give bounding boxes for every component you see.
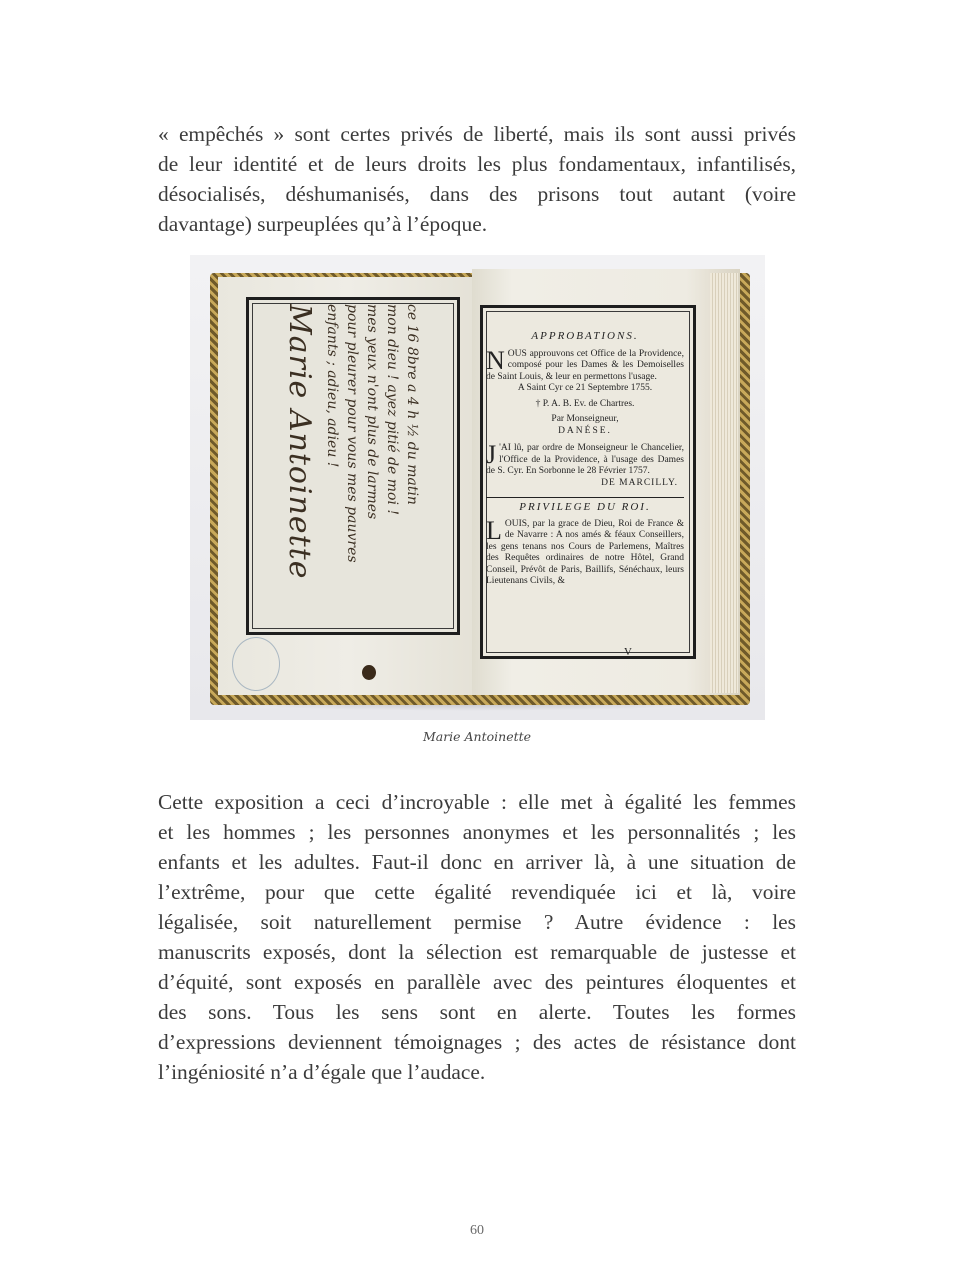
text-line: manuscrits exposés, dont la sélection es… — [158, 937, 796, 967]
page-number: 60 — [0, 1223, 954, 1239]
approbation-1-secretary: DANÉSE. — [486, 426, 684, 438]
handwritten-line: ce 16 8bre a 4 h ½ du matin — [402, 304, 422, 624]
text-line: légalisée, soit naturellement permise ? … — [158, 907, 796, 937]
figure-photo-prayer-book: ce 16 8bre a 4 h ½ du matin mon dieu ! a… — [190, 255, 765, 720]
printed-page-text: APPROBATIONS. NOUS approuvons cet Office… — [486, 311, 684, 588]
privilege-text: LOUIS, par la grace de Dieu, Roi de Fran… — [486, 519, 684, 588]
text-line: l’extrême, pour que cette égalité revend… — [158, 877, 796, 907]
text-line: « empêchés » sont certes privés de liber… — [158, 119, 796, 149]
approbation-2: J'AI lû, par ordre de Monseigneur le Cha… — [486, 443, 684, 478]
heading-privilege: PRIVILEGE DU ROI. — [486, 502, 684, 514]
printed-page-mark: V — [624, 647, 632, 659]
figure-caption: Marie Antoinette — [0, 729, 954, 744]
approbation-2-sign: DE MARCILLY. — [486, 478, 684, 490]
handwritten-note: ce 16 8bre a 4 h ½ du matin mon dieu ! a… — [250, 301, 452, 627]
paragraph-intro: « empêchés » sont certes privés de liber… — [158, 119, 796, 239]
book-page-edges — [710, 273, 738, 693]
text-line: d’équité, sont exposés en parallèle avec… — [158, 967, 796, 997]
paragraph-exposition: Cette exposition a ceci d’incroyable : e… — [158, 787, 796, 1087]
handwritten-line: enfants ; adieu, adieu ! — [322, 304, 342, 624]
text-line: Cette exposition a ceci d’incroyable : e… — [158, 787, 796, 817]
approbation-1: NOUS approuvons cet Office de la Provide… — [486, 349, 684, 384]
page-stain — [362, 665, 376, 680]
approbation-1-sign: † P. A. B. Ev. de Chartres. — [486, 399, 684, 411]
divider — [486, 497, 684, 498]
text-line: désocialisés, déshumanisés, dans des pri… — [158, 179, 796, 209]
text-line: enfants et les adultes. Faut-il donc en … — [158, 847, 796, 877]
text-line: davantage) surpeuplées qu’à l’époque. — [158, 209, 796, 239]
approbation-1-place: A Saint Cyr ce 21 Septembre 1755. — [486, 383, 684, 395]
heading-approbations: APPROBATIONS. — [486, 331, 684, 343]
library-stamp-icon — [232, 637, 280, 691]
text-line: des sons. Tous les sens sont en alerte. … — [158, 997, 796, 1027]
text-line: et les hommes ; les personnes anonymes e… — [158, 817, 796, 847]
text-line: de leur identité et de leurs droits les … — [158, 149, 796, 179]
handwritten-line: pour pleurer pour vous mes pauvres — [342, 304, 362, 624]
handwritten-signature: Marie Antoinette — [280, 304, 318, 624]
text-line: l’ingéniosité n’a d’égale que l’audace. — [158, 1057, 796, 1087]
text-line: d’expressions deviennent témoignages ; d… — [158, 1027, 796, 1057]
approbation-1-par: Par Monseigneur, — [486, 414, 684, 426]
handwritten-line: mon dieu ! ayez pitié de moi ! — [382, 304, 402, 624]
handwritten-line: mes yeux n'ont plus de larmes — [362, 304, 382, 624]
